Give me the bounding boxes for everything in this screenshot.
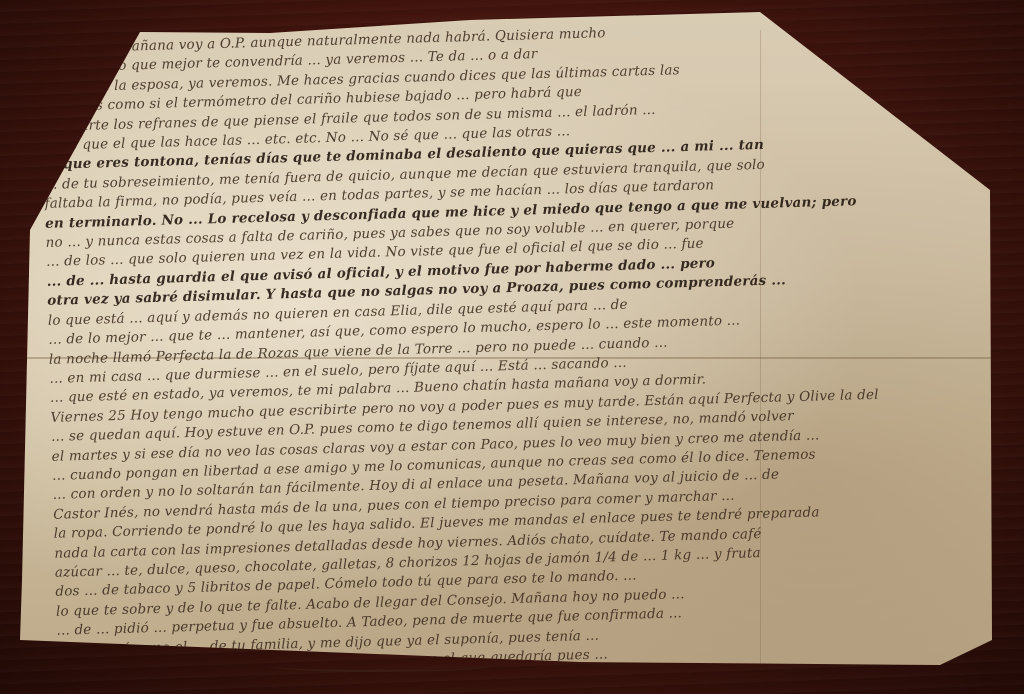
letter-text-body: tes pálido. Mañana voy a O.P. aunque nat…	[40, 14, 998, 680]
handwritten-letter-paper: tes pálido. Mañana voy a O.P. aunque nat…	[0, 0, 1024, 694]
signature-flourish	[270, 660, 490, 672]
